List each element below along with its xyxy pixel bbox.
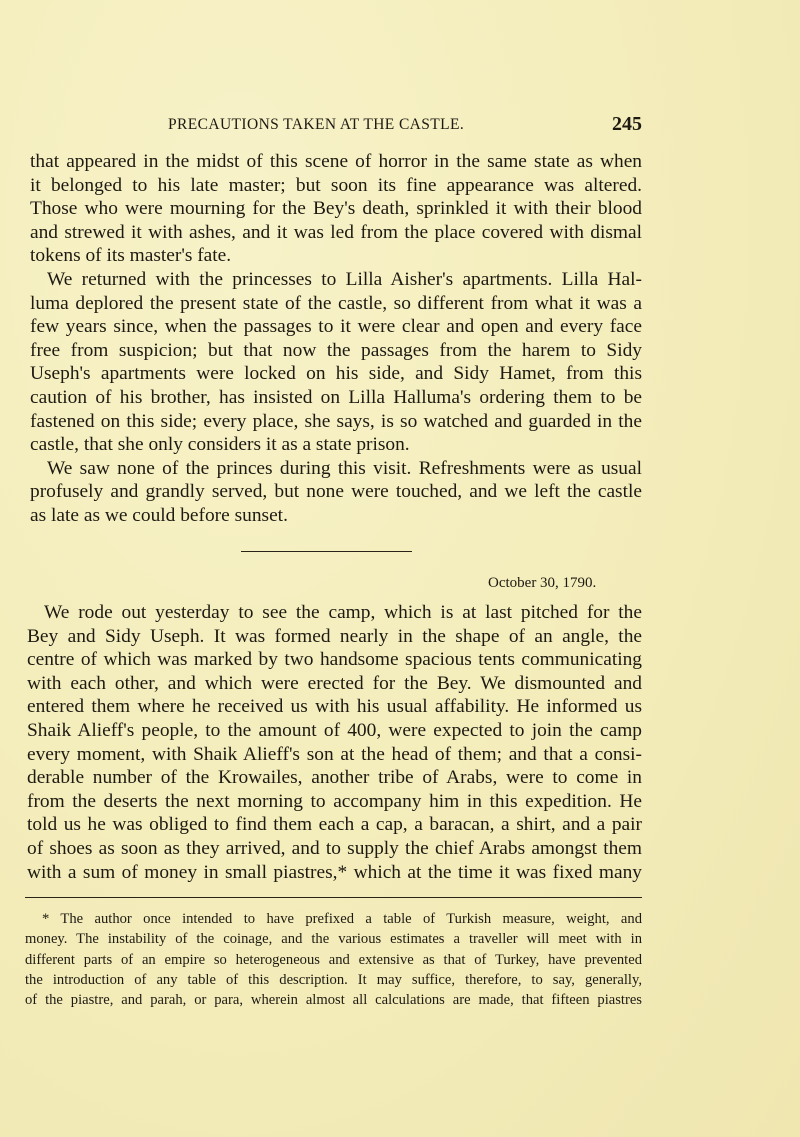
paragraph-start-line: We saw none of the princes during this v… — [30, 457, 642, 481]
body-text-section-2: We rode out yesterday to see the camp, w… — [27, 601, 642, 884]
paragraph-start-line: We returned with the princesses to Lilla… — [30, 268, 642, 292]
text-line: with each other, and which were erected … — [27, 672, 642, 696]
running-title: PRECAUTIONS TAKEN AT THE CASTLE. — [168, 116, 464, 134]
text-line: caution of his brother, has insisted on … — [30, 386, 642, 410]
book-page: PRECAUTIONS TAKEN AT THE CASTLE. 245 tha… — [0, 0, 800, 1137]
footnote-line: of the piastre, and parah, or para, wher… — [25, 990, 642, 1010]
text-line: entered them where he received us with h… — [27, 695, 642, 719]
text-line: Shaik Alieff's people, to the amount of … — [27, 719, 642, 743]
text-line: profusely and grandly served, but none w… — [30, 480, 642, 504]
text-line: derable number of the Krowailes, another… — [27, 766, 642, 790]
text-line: centre of which was marked by two handso… — [27, 648, 642, 672]
text-line: Useph's apartments were locked on his si… — [30, 362, 642, 386]
text-line: fastened on this side; every place, she … — [30, 410, 642, 434]
footnote-line: the introduction of any table of this de… — [25, 970, 642, 990]
text-line: from the deserts the next morning to acc… — [27, 790, 642, 814]
footnote: * The author once intended to have prefi… — [25, 909, 642, 1010]
running-head: PRECAUTIONS TAKEN AT THE CASTLE. 245 — [30, 116, 642, 140]
text-line: tokens of its master's fate. — [30, 244, 642, 268]
page-number: 245 — [612, 113, 642, 136]
text-line: few years since, when the passages to it… — [30, 315, 642, 339]
paragraph-start-line: We rode out yesterday to see the camp, w… — [27, 601, 642, 625]
text-line: free from suspicion; but that now the pa… — [30, 339, 642, 363]
text-line: with a sum of money in small piastres,* … — [27, 861, 642, 885]
section-divider — [241, 551, 412, 552]
footnote-line: * The author once intended to have prefi… — [25, 909, 642, 929]
text-line: as late as we could before sunset. — [30, 504, 642, 528]
dateline: October 30, 1790. — [488, 575, 596, 592]
text-line: Bey and Sidy Useph. It was formed nearly… — [27, 625, 642, 649]
footnote-divider — [25, 897, 642, 898]
footnote-line: money. The instability of the coinage, a… — [25, 929, 642, 949]
text-line: told us he was obliged to find them each… — [27, 813, 642, 837]
text-line: Those who were mourning for the Bey's de… — [30, 197, 642, 221]
text-line: every moment, with Shaik Alieff's son at… — [27, 743, 642, 767]
text-line: castle, that she only considers it as a … — [30, 433, 642, 457]
text-line: luma deplored the present state of the c… — [30, 292, 642, 316]
text-line: that appeared in the midst of this scene… — [30, 150, 642, 174]
text-line: it belonged to his late master; but soon… — [30, 174, 642, 198]
text-line: of shoes as soon as they arrived, and to… — [27, 837, 642, 861]
footnote-line: different parts of an empire so heteroge… — [25, 950, 642, 970]
body-text-section-1: that appeared in the midst of this scene… — [30, 150, 642, 528]
text-line: and strewed it with ashes, and it was le… — [30, 221, 642, 245]
